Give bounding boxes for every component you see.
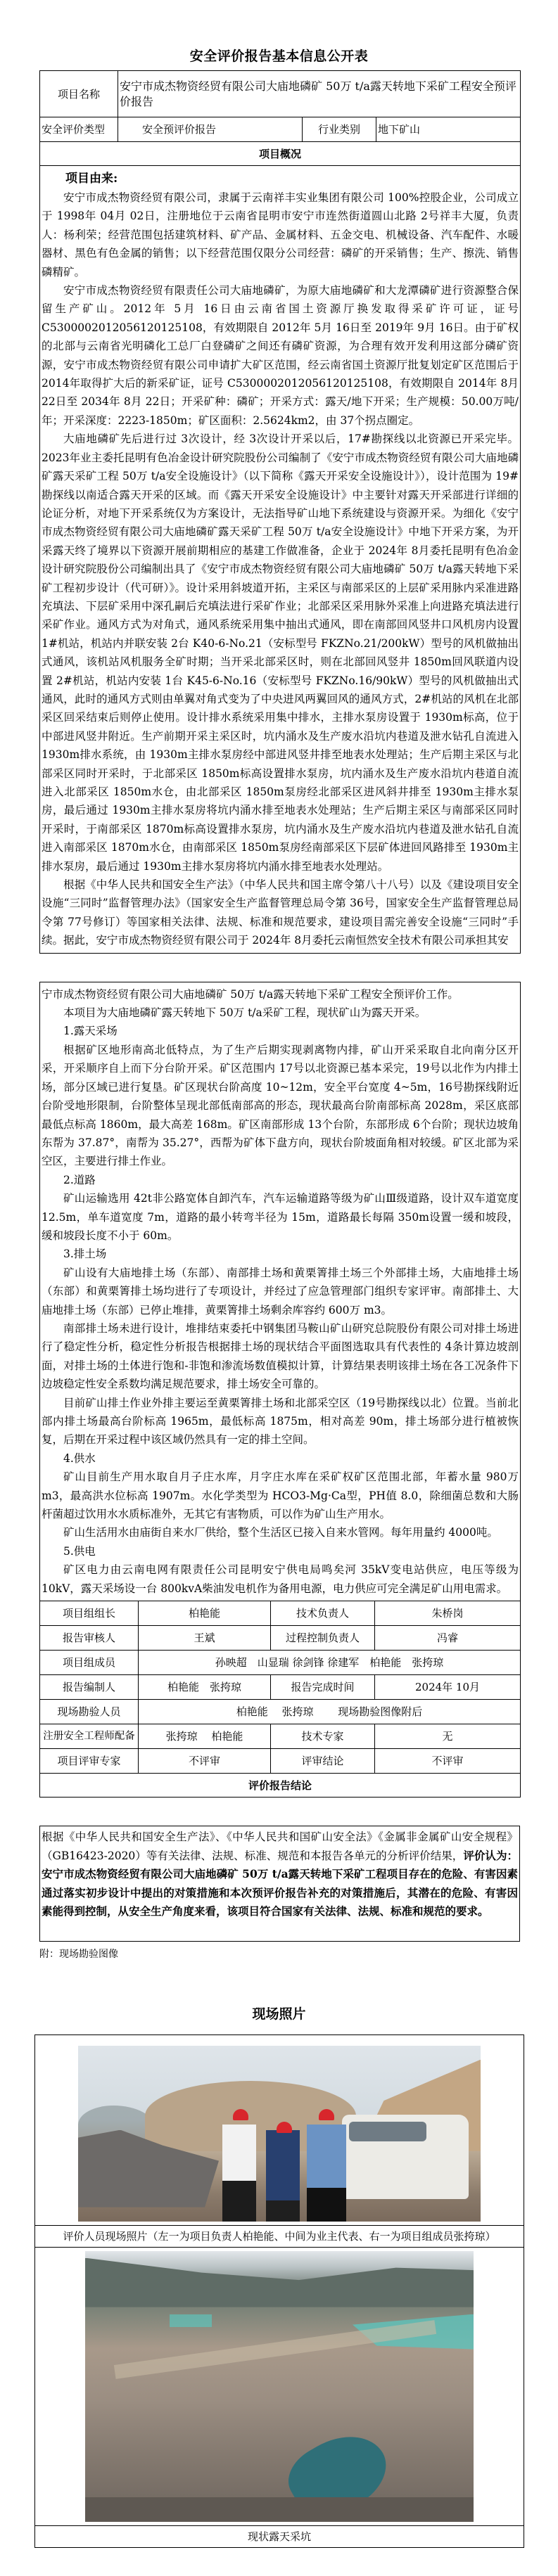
section-paragraph: 矿山生活用水由庙街自来水厂供给，整个生活区已接入自来水管网。每年用量约 4000…	[42, 1523, 519, 1542]
page-break	[0, 954, 558, 982]
photo-caption: 现状露天采坑	[35, 2525, 524, 2547]
document-page: 安全评价报告基本信息公开表 项目名称 安宁市成杰物资经贸有限公司大庙地磷矿 50…	[0, 0, 558, 2576]
section-heading-pit: 1.露天采场	[42, 1022, 519, 1040]
origin-heading: 项目由来:	[65, 169, 519, 188]
project-name-value: 安宁市成杰物资经贸有限公司大庙地磷矿 50万 t/a露天转地下采矿工程安全预评价…	[118, 71, 521, 117]
project-origin-cell: 项目由来: 安宁市成杰物资经贸有限公司，隶属于云南祥丰实业集团有限公司 100%…	[40, 166, 521, 954]
origin-paragraph: 大庙地磷矿先后进行过 3次设计，经 3次设计开采以后，17#勘探线以北资源已开采…	[42, 430, 519, 876]
photo-cell	[35, 2034, 524, 2225]
members-label: 项目组成员	[40, 1651, 139, 1675]
photos-table: 评价人员现场照片（左一为项目负责人柏艳能、中间为业主代表、右一为项目组成员张挎琼…	[34, 2034, 524, 2548]
open-pit-photo	[85, 2251, 474, 2522]
people-row: 报告审核人 王斌 过程控制负责人 冯睿	[40, 1626, 521, 1651]
section-heading-road: 2.道路	[42, 1171, 519, 1189]
bottom-margin	[0, 2548, 558, 2576]
project-description-cell: 宁市成杰物资经贸有限公司大庙地磷矿 50万 t/a露天转地下采矿工程安全预评价工…	[40, 982, 521, 1601]
review-result-label: 评审结论	[271, 1749, 375, 1774]
section-heading-power: 5.供电	[42, 1542, 519, 1561]
section-paragraph: 根据矿区地形南高北低特点，为了生产后期实现剥离物内排，矿山开采采取自北向南分区开…	[42, 1041, 519, 1171]
finish-value: 2024年 10月	[375, 1675, 521, 1700]
eval-type-label: 安全评价类型	[40, 117, 118, 142]
attachment-note: 附：现场勘验图像	[39, 1946, 558, 1963]
section-paragraph: 目前矿山排土作业外排主要运至黄栗箐排土场和北部采空区（19号勘探线以北）位置。当…	[42, 1394, 519, 1449]
finish-label: 报告完成时间	[271, 1675, 375, 1700]
process-value: 冯睿	[375, 1626, 521, 1651]
people-row: 现场勘验人员 柏艳能 张挎琼 现场勘验图像附后	[40, 1700, 521, 1724]
section-paragraph: 矿山运输选用 42t非公路宽体自卸汽车，汽车运输道路等级为矿山Ⅲ级道路，设计双车…	[42, 1189, 519, 1245]
project-name-label: 项目名称	[40, 71, 118, 117]
intro-text: 本项目为大庙地磷矿露天转地下 50万 t/a采矿工程，现状矿山为露天开采。	[42, 1004, 519, 1022]
conclusion-basis: 根据《中华人民共和国安全生产法》、《中华人民共和国矿山安全法》《金属非金属矿山安…	[42, 1831, 518, 1862]
section-heading-dump: 3.排土场	[42, 1245, 519, 1263]
continuation-text: 宁市成杰物资经贸有限公司大庙地磷矿 50万 t/a露天转地下采矿工程安全预评价工…	[42, 985, 519, 1004]
members-value: 孙映超 山显瑞 徐剑锋 徐建军 柏艳能 张挎琼	[139, 1651, 521, 1675]
section-paragraph: 矿区电力由云南电网有限责任公司昆明安宁供电局鸣矣河 35kV变电站供应，电压等级…	[42, 1561, 519, 1598]
leader-value: 柏艳能	[139, 1601, 271, 1626]
process-label: 过程控制负责人	[271, 1626, 375, 1651]
photo-cell	[35, 2247, 524, 2525]
reviewer-label: 报告审核人	[40, 1626, 139, 1651]
expert-label: 技术专家	[271, 1724, 375, 1749]
section-paragraph: 矿山设有大庙地排土场（东部）、南部排土场和黄栗箐排土场三个外部排土场，大庙地排土…	[42, 1264, 519, 1319]
leader-label: 项目组组长	[40, 1601, 139, 1626]
tech-lead-label: 技术负责人	[271, 1601, 375, 1626]
page-break	[0, 1798, 558, 1826]
survey-value: 柏艳能 张挎琼 现场勘验图像附后	[139, 1700, 521, 1724]
engineers-value: 张挎琼 柏艳能	[139, 1724, 271, 1749]
overview-heading: 项目概况	[40, 142, 521, 166]
document-title: 安全评价报告基本信息公开表	[0, 0, 558, 70]
people-row: 注册安全工程师配备 张挎琼 柏艳能 技术专家 无	[40, 1724, 521, 1749]
section-heading-water: 4.供水	[42, 1449, 519, 1468]
author-label: 报告编制人	[40, 1675, 139, 1700]
section-paragraph: 矿山目前生产用水取自月子庄水库，月字庄水库在采矿权矿区范围北部，年蓄水量 980…	[42, 1468, 519, 1523]
site-team-photo	[78, 2046, 481, 2222]
origin-paragraph: 根据《中华人民共和国安全生产法》（中华人民共和国主席令第八十八号）以及《建设项目…	[42, 876, 519, 950]
review-result-value: 不评审	[375, 1749, 521, 1774]
industry-value: 地下矿山	[376, 117, 521, 142]
industry-label: 行业类别	[303, 117, 376, 142]
people-row: 项目组组长 柏艳能 技术负责人 朱桥岗	[40, 1601, 521, 1626]
conclusion-heading: 评价报告结论	[40, 1774, 521, 1798]
engineers-label: 注册安全工程师配备	[40, 1724, 139, 1749]
people-row: 项目评审专家 不评审 评审结论 不评审	[40, 1749, 521, 1774]
review-expert-value: 不评审	[139, 1749, 271, 1774]
people-row: 项目组成员 孙映超 山显瑞 徐剑锋 徐建军 柏艳能 张挎琼	[40, 1651, 521, 1675]
author-value: 柏艳能 张挎琼	[139, 1675, 271, 1700]
survey-label: 现场勘验人员	[40, 1700, 139, 1724]
tech-lead-value: 朱桥岗	[375, 1601, 521, 1626]
basic-info-table: 项目名称 安宁市成杰物资经贸有限公司大庙地磷矿 50万 t/a露天转地下采矿工程…	[39, 70, 521, 954]
reviewer-value: 王斌	[139, 1626, 271, 1651]
origin-paragraph: 安宁市成杰物资经贸有限责任公司大庙地磷矿，为原大庙地磷矿和大龙潭磷矿进行资源整合…	[42, 281, 519, 430]
photo-caption: 评价人员现场照片（左一为项目负责人柏艳能、中间为业主代表、右一为项目组成员张挎琼…	[35, 2225, 524, 2247]
conclusion-box: 根据《中华人民共和国安全生产法》、《中华人民共和国矿山安全法》《金属非金属矿山安…	[39, 1826, 520, 1942]
photos-title: 现场照片	[0, 2004, 558, 2025]
expert-value: 无	[375, 1724, 521, 1749]
people-row: 报告编制人 柏艳能 张挎琼 报告完成时间 2024年 10月	[40, 1675, 521, 1700]
eval-type-value: 安全预评价报告	[118, 117, 303, 142]
review-expert-label: 项目评审专家	[40, 1749, 139, 1774]
section-paragraph: 南部排土场未进行设计，堆排结束委托中钢集团马鞍山矿山研究总院股份有限公司对排土场…	[42, 1319, 519, 1394]
origin-paragraph: 安宁市成杰物资经贸有限公司，隶属于云南祥丰实业集团有限公司 100%控股企业，公…	[42, 188, 519, 281]
basic-info-table-continued: 宁市成杰物资经贸有限公司大庙地磷矿 50万 t/a露天转地下采矿工程安全预评价工…	[39, 982, 521, 1798]
